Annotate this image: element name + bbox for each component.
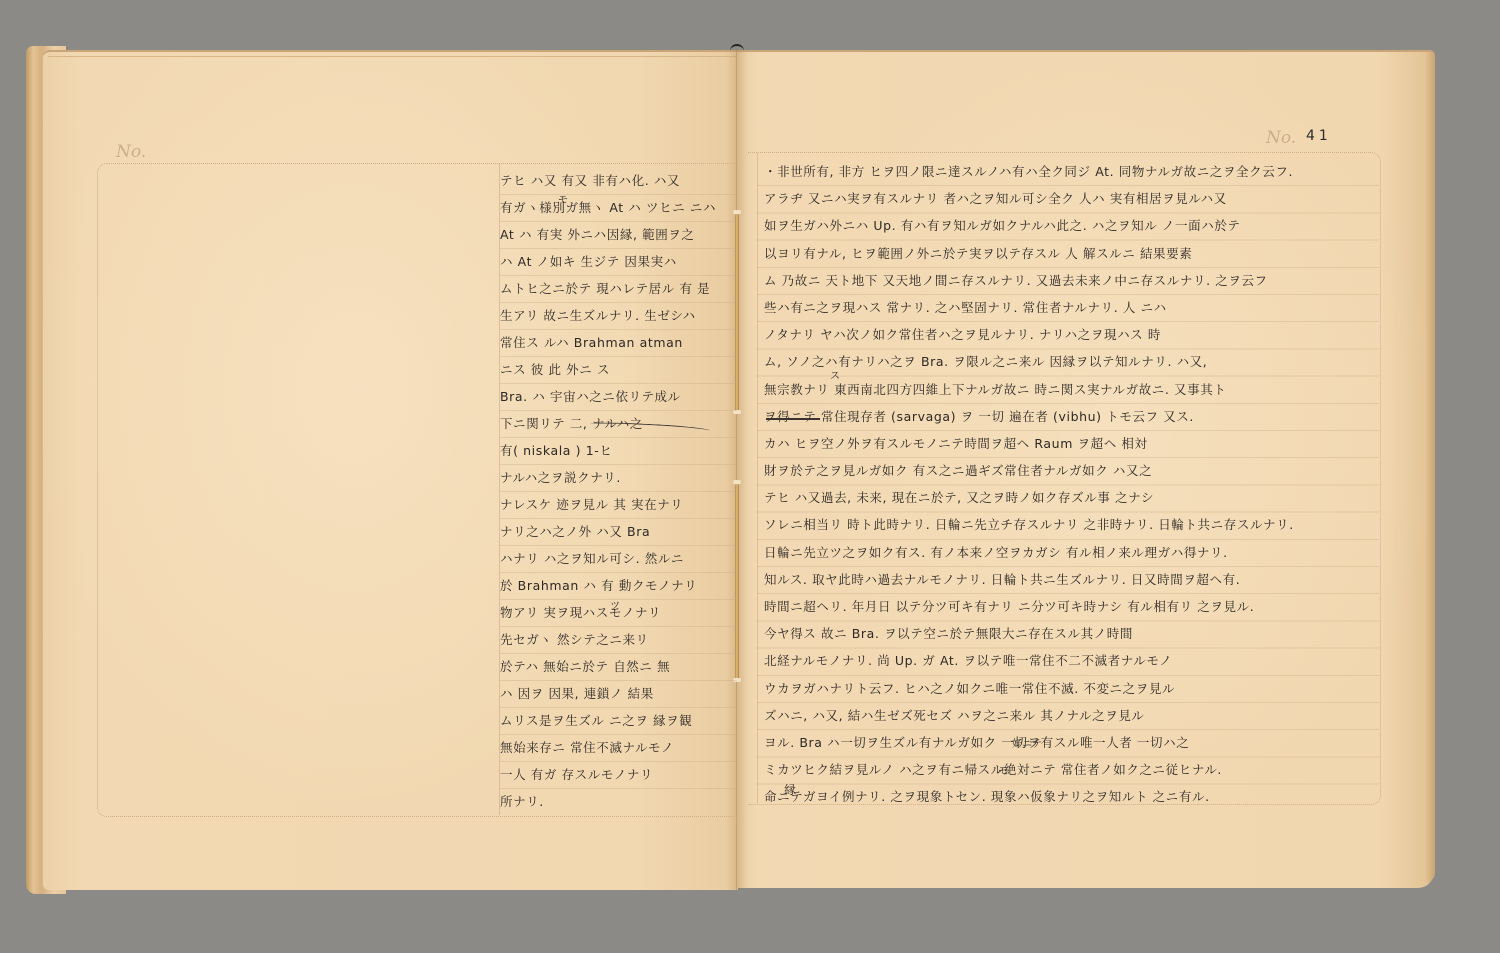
left-page-number-label: No. (116, 142, 146, 162)
text-line: カハ ヒヲ空ノ外ヲ有スルモノニテ時間ヲ超ヘ Raum ヲ超ヘ 相対 (764, 430, 1378, 457)
interlinear-annotation: モ (558, 191, 568, 206)
text-line: 有( niskala ) 1-ヒ (500, 437, 738, 464)
page-number: 41 (1306, 128, 1332, 144)
text-line: テヒ ハ又過去, 未来, 現在ニ於テ, 又之ヲ時ノ如ク存ズル事 之ナシ (764, 484, 1378, 511)
text-line: ムリス是ヲ生ズル ニ之ヲ 縁ヲ観 (500, 707, 738, 734)
binding-thread-end (730, 44, 744, 52)
text-line: テヒ ハ又 有又 非有ハ化. ハ又 (500, 167, 738, 194)
text-line: ハ 因ヲ 因果, 連鎖ノ 結果 (500, 680, 738, 707)
text-line: 些ハ有ニ之ヲ現ハス 常ナリ. 之ハ堅固ナリ. 常住者ナルナリ. 人 ニハ (764, 294, 1378, 321)
text-line: アラヂ 又ニハ実ヲ有スルナリ 者ハ之ヲ知ル可シ全ク 人ハ 実有相居ヲ見ルハ又 (764, 185, 1378, 212)
text-line: ニス 彼 此 外ニ ス (500, 356, 738, 383)
text-line: 今ヤ得ス 故ニ Bra. ヲ以テ空ニ於テ無限大ニ存在スル其ノ時間 (764, 620, 1378, 647)
text-line: ナルハ之ヲ説クナリ. (500, 464, 738, 491)
text-line: 所ナリ. (500, 788, 738, 815)
left-page-inner-edge (48, 56, 738, 57)
text-line: 常住ス ルハ Brahman atman (500, 329, 738, 356)
text-line: 於テハ 無始ニ於テ 自然ニ 無 (500, 653, 738, 680)
text-line: 財ヲ於テ之ヲ見ルガ如ク 有ス之ニ過ギズ常住者ナルガ如ク ハ又之 (764, 457, 1378, 484)
text-line: Bra. ハ 宇宙ハ之ニ依リテ成ル (500, 383, 738, 410)
text-line: 生アリ 故ニ生ズルナリ. 生ゼシハ (500, 302, 738, 329)
text-line: ノタナリ ヤハ次ノ如ク常住者ハ之ヲ見ルナリ. ナリハ之ヲ現ハス 時 (764, 321, 1378, 348)
text-line: 時間ニ超ヘリ. 年月日 以テ分ツ可キ有ナリ ニ分ツ可キ時ナシ 有ル相有リ 之ヲ見… (764, 593, 1378, 620)
right-page-number-label: No. (1266, 128, 1296, 148)
text-line: 北経ナルモノナリ. 尚 Up. ガ At. ヲ以テ唯一常住不二不滅者ナルモノ (764, 647, 1378, 674)
interlinear-annotation: ス (830, 367, 840, 382)
text-line: ム, ソノ之ハ有ナリハ之ヲ Bra. ヲ限ル之ニ来ル 因縁ヲ以テ知ルナリ. ハ又… (764, 348, 1378, 375)
text-line: ナリ之ハ之ノ外 ハ又 Bra (500, 518, 738, 545)
text-line: 無宗教ナリ 東西南北四方四維上下ナルガ故ニ 時ニ関ス実ナルガ故ニ. 又事其ト (764, 376, 1378, 403)
text-line: ミカツヒク結ヲ見ルノ ハ之ヲ有ニ帰スル絶対ニテ 常住者ノ如ク之ニ従ヒナル. (764, 756, 1378, 783)
text-line: 以ヨリ有ナル, ヒヲ範囲ノ外ニ於テ実ヲ以テ存スル 人 解スルニ 結果要素 (764, 240, 1378, 267)
text-line: 一人 有ガ 存スルモノナリ (500, 761, 738, 788)
text-line: ヲ得ニテ 常住現存者 (sarvaga) ヲ 一切 遍在者 (vibhu) トモ… (764, 403, 1378, 430)
right-page-text: ・非世所有, 非方 ヒヲ四ノ限ニ達スルノハ有ハ全ク同ジ At. 同物ナルガ故ニ之… (764, 158, 1378, 811)
text-line: 知ルス. 取ヤ此時ハ過去ナルモノナリ. 日輪ト共ニ生ズルナリ. 日又時間ヲ超ヘ有… (764, 566, 1378, 593)
right-page-margin-line (757, 153, 758, 803)
interlinear-annotation: モ (998, 762, 1008, 777)
text-line: 於 Brahman ハ 有 動クモノナリ (500, 572, 738, 599)
interlinear-annotation: ツ (610, 597, 620, 612)
text-line: 日輪ニ先立ツ之ヲ如ク有ス. 有ノ本来ノ空ヲカガシ 有ル相ノ来ル理ガハ得ナリ. (764, 539, 1378, 566)
notebook-scan: No. No. 41 テヒ ハ又 有又 非有ハ化. ハ又 有ガヽ様別ガ無ヽ At… (0, 0, 1500, 953)
text-line: ソレニ相当リ 時ト此時ナリ. 日輪ニ先立チ存スルナリ 之非時ナリ. 日輪ト共ニ存… (764, 511, 1378, 538)
text-line: ムトヒ之ニ於テ 現ハレテ居ル 有 是 (500, 275, 738, 302)
text-line: ウカヲガハナリト云フ. ヒハ之ノ如クニ唯一常住不滅. 不変ニ之ヲ見ル (764, 675, 1378, 702)
text-line: At ハ 有実 外ニハ因縁, 範囲ヲ之 (500, 221, 738, 248)
text-line: 命ニテガヨイ例ナリ. 之ヲ現象トセン. 現象ハ仮象ナリ之ヲ知ルト 之ニ有ル. (764, 783, 1378, 810)
text-line: 無始来存ニ 常住不滅ナルモノ (500, 734, 738, 761)
left-page-text: テヒ ハ又 有又 非有ハ化. ハ又 有ガヽ様別ガ無ヽ At ハ ツヒニ ニハ A… (500, 167, 738, 815)
text-line: ハ At ノ如キ 生ジテ 因果実ハ (500, 248, 738, 275)
text-line: 先セガヽ 然シテ之ニ来リ (500, 626, 738, 653)
text-line: 有ガヽ様別ガ無ヽ At ハ ツヒニ ニハ (500, 194, 738, 221)
text-line: ヨル. Bra ハ一切ヲ生ズル有ナルガ如ク 一切ヲ有スル唯一人者 一切ハ之 (764, 729, 1378, 756)
interlinear-annotation: 縁 (784, 781, 796, 798)
right-page-edge (1426, 52, 1435, 882)
text-line: 如ヲ生ガハ外ニハ Up. 有ハ有ヲ知ルガ如クナルハ此之. ハ之ヲ知ル ノ一面ハ於… (764, 212, 1378, 239)
text-line: ナレスケ 迹ヲ見ル 其 実在ナリ (500, 491, 738, 518)
text-line: ズハニ, ハ又, 結ハ生ゼズ死セズ ハヲ之ニ来ル 其ノナル之ヲ見ル (764, 702, 1378, 729)
text-line: ム 乃故ニ 天ト地下 又天地ノ間ニ存スルナリ. 又過去未来ノ中ニ存スルナリ. 之… (764, 267, 1378, 294)
underline-mark (766, 418, 820, 420)
text-line: ハナリ ハ之ヲ知ル可シ. 然ルニ (500, 545, 738, 572)
text-line: ・非世所有, 非方 ヒヲ四ノ限ニ達スルノハ有ハ全ク同ジ At. 同物ナルガ故ニ之… (764, 158, 1378, 185)
interlinear-annotation: 好ニテ (1012, 735, 1042, 750)
